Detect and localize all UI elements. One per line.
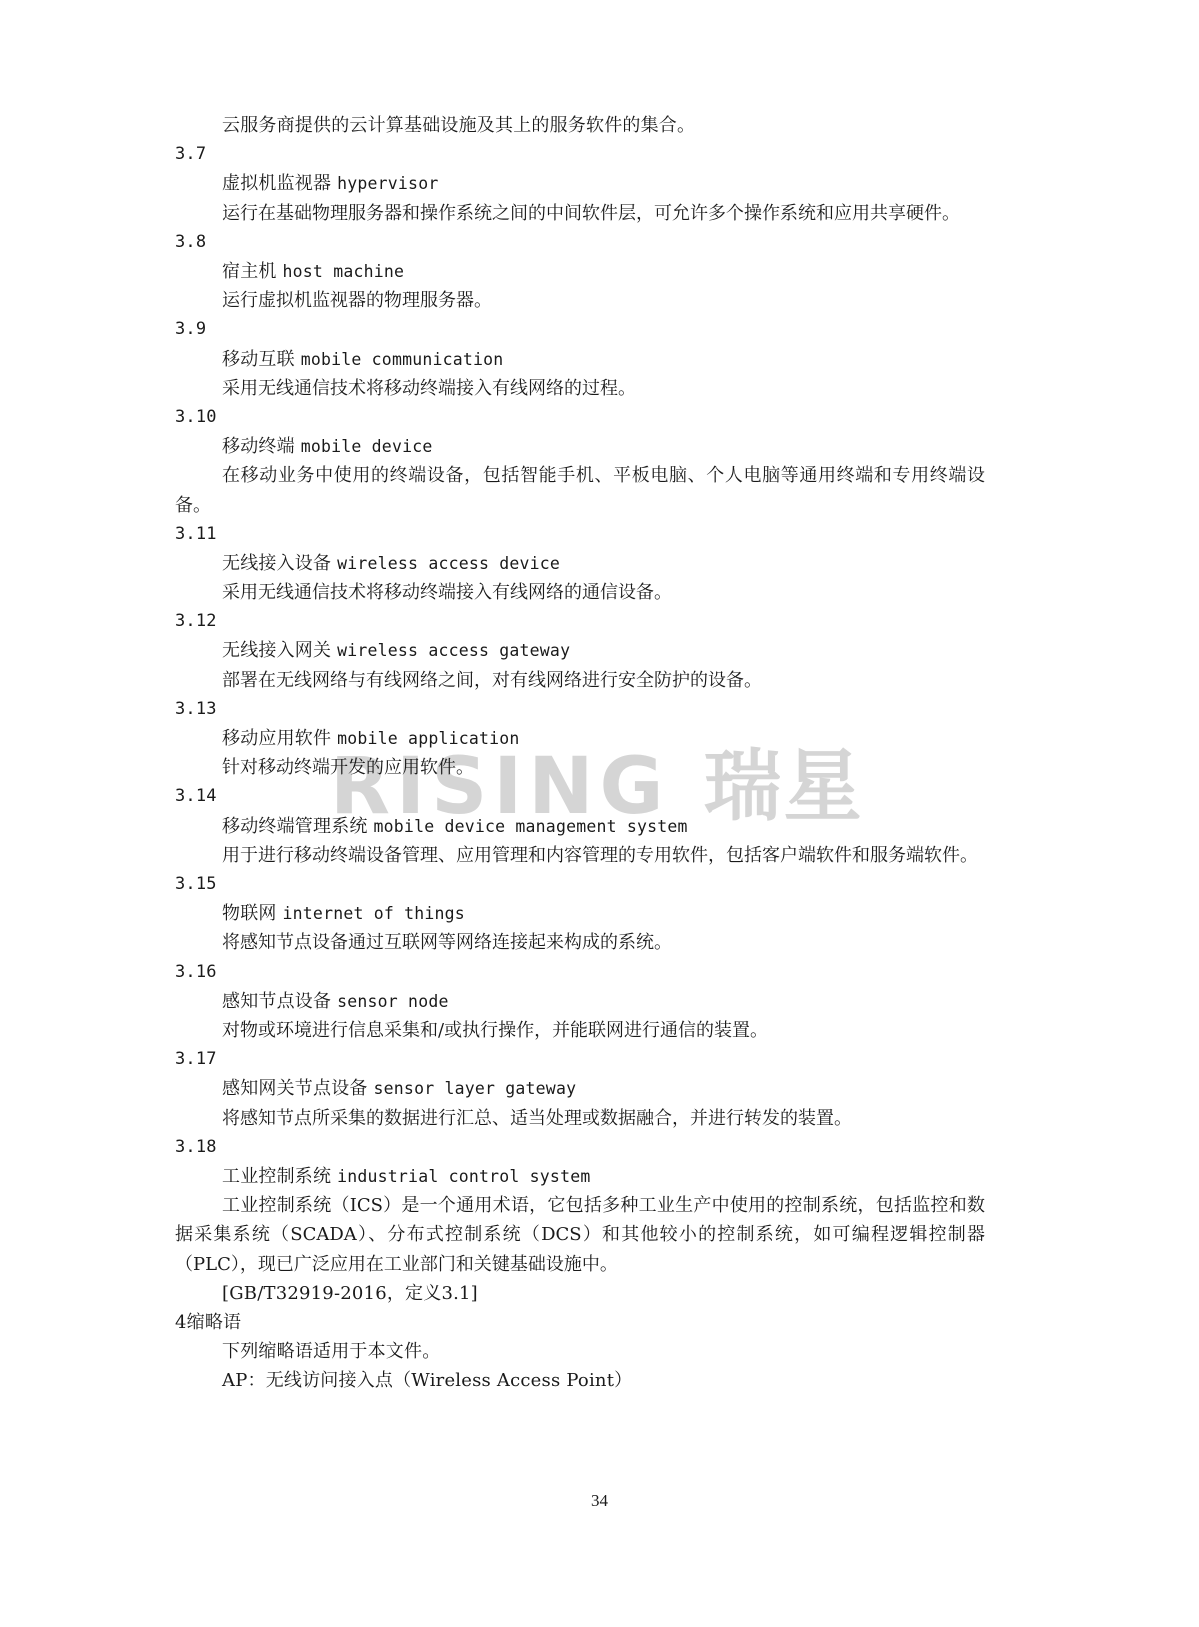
entry-number: 3.18 bbox=[175, 1133, 985, 1162]
entry-number: 3.17 bbox=[175, 1045, 985, 1074]
term-en: sensor layer gateway bbox=[374, 1079, 577, 1098]
term-cn: 宿主机 bbox=[222, 261, 277, 282]
entry-number: 3.12 bbox=[175, 607, 985, 636]
entry-definition: 运行虚拟机监视器的物理服务器。 bbox=[175, 286, 985, 315]
entry-definition: 将感知节点所采集的数据进行汇总、适当处理或数据融合，并进行转发的装置。 bbox=[175, 1104, 985, 1133]
term-cn: 感知节点设备 bbox=[222, 991, 331, 1012]
entry-number: 3.8 bbox=[175, 228, 985, 257]
entry-term: 移动终端管理系统 mobile device management system bbox=[175, 812, 985, 841]
term-en: industrial control system bbox=[337, 1167, 590, 1186]
term-en: mobile device bbox=[301, 437, 433, 456]
term-cn: 移动终端 bbox=[222, 436, 295, 457]
term-en: wireless access gateway bbox=[337, 641, 570, 660]
abbreviation-item: AP：无线访问接入点（Wireless Access Point） bbox=[175, 1366, 985, 1395]
entry-number: 3.10 bbox=[175, 403, 985, 432]
entry-term: 无线接入网关 wireless access gateway bbox=[175, 636, 985, 665]
entry-term: 移动终端 mobile device bbox=[175, 432, 985, 461]
entry-number: 3.16 bbox=[175, 958, 985, 987]
entry-term: 虚拟机监视器 hypervisor bbox=[175, 169, 985, 198]
entry-term: 宿主机 host machine bbox=[175, 257, 985, 286]
entry-number: 3.7 bbox=[175, 140, 985, 169]
term-en: sensor node bbox=[337, 992, 448, 1011]
entry-definition: 运行在基础物理服务器和操作系统之间的中间软件层，可允许多个操作系统和应用共享硬件… bbox=[175, 199, 985, 228]
entry-definition: 用于进行移动终端设备管理、应用管理和内容管理的专用软件，包括客户端软件和服务端软… bbox=[175, 841, 985, 870]
entry-term: 工业控制系统 industrial control system bbox=[175, 1162, 985, 1191]
entry-definition: 部署在无线网络与有线网络之间，对有线网络进行安全防护的设备。 bbox=[175, 666, 985, 695]
term-en: mobile communication bbox=[301, 350, 504, 369]
entry-term: 移动互联 mobile communication bbox=[175, 345, 985, 374]
term-cn: 物联网 bbox=[222, 903, 277, 924]
entry-number: 3.11 bbox=[175, 520, 985, 549]
entry-definition: 采用无线通信技术将移动终端接入有线网络的过程。 bbox=[175, 374, 985, 403]
term-cn: 移动终端管理系统 bbox=[222, 816, 368, 837]
entry-definition: 对物或环境进行信息采集和/或执行操作，并能联网进行通信的装置。 bbox=[175, 1016, 985, 1045]
entry-definition: 将感知节点设备通过互联网等网络连接起来构成的系统。 bbox=[175, 928, 985, 957]
entry-term: 感知节点设备 sensor node bbox=[175, 987, 985, 1016]
section-heading: 4缩略语 bbox=[175, 1308, 985, 1337]
entry-definition: 针对移动终端开发的应用软件。 bbox=[175, 753, 985, 782]
entry-number: 3.14 bbox=[175, 782, 985, 811]
document-body: 云服务商提供的云计算基础设施及其上的服务软件的集合。 3.7 虚拟机监视器 hy… bbox=[175, 111, 985, 1395]
term-cn: 虚拟机监视器 bbox=[222, 173, 331, 194]
entry-term: 感知网关节点设备 sensor layer gateway bbox=[175, 1074, 985, 1103]
term-en: mobile application bbox=[337, 729, 519, 748]
term-cn: 移动应用软件 bbox=[222, 728, 331, 749]
term-cn: 无线接入设备 bbox=[222, 553, 331, 574]
entry-number: 3.9 bbox=[175, 315, 985, 344]
intro-line: 云服务商提供的云计算基础设施及其上的服务软件的集合。 bbox=[175, 111, 985, 140]
term-en: mobile device management system bbox=[374, 817, 688, 836]
entry-definition: 工业控制系统（ICS）是一个通用术语，它包括多种工业生产中使用的控制系统，包括监… bbox=[175, 1191, 985, 1279]
section-intro: 下列缩略语适用于本文件。 bbox=[175, 1337, 985, 1366]
term-cn: 工业控制系统 bbox=[222, 1166, 331, 1187]
entry-number: 3.13 bbox=[175, 695, 985, 724]
entry-source: [GB/T32919-2016，定义3.1] bbox=[175, 1279, 985, 1308]
entry-term: 移动应用软件 mobile application bbox=[175, 724, 985, 753]
entry-term: 物联网 internet of things bbox=[175, 899, 985, 928]
entry-term: 无线接入设备 wireless access device bbox=[175, 549, 985, 578]
page-number: 34 bbox=[0, 1491, 1199, 1511]
term-en: internet of things bbox=[283, 904, 465, 923]
term-en: hypervisor bbox=[337, 174, 438, 193]
document-page: RISING瑞星 云服务商提供的云计算基础设施及其上的服务软件的集合。 3.7 … bbox=[0, 0, 1199, 1627]
entry-definition: 采用无线通信技术将移动终端接入有线网络的通信设备。 bbox=[175, 578, 985, 607]
term-cn: 感知网关节点设备 bbox=[222, 1078, 368, 1099]
term-cn: 无线接入网关 bbox=[222, 640, 331, 661]
entry-number: 3.15 bbox=[175, 870, 985, 899]
term-en: wireless access device bbox=[337, 554, 560, 573]
term-en: host machine bbox=[283, 262, 405, 281]
term-cn: 移动互联 bbox=[222, 349, 295, 370]
entry-definition: 在移动业务中使用的终端设备，包括智能手机、平板电脑、个人电脑等通用终端和专用终端… bbox=[175, 461, 985, 519]
